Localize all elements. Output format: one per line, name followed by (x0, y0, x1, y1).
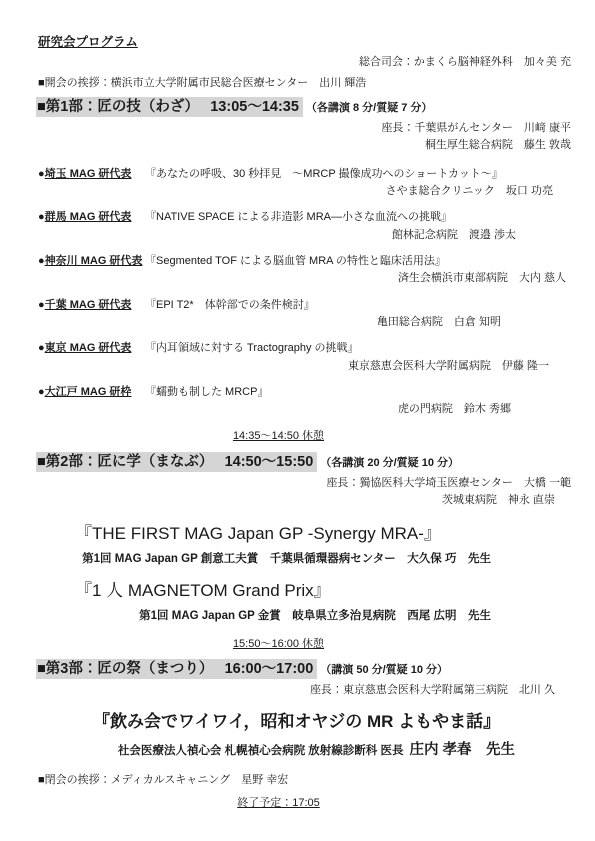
presenter-line: 館林記念病院 渡邉 渉太 (38, 228, 571, 242)
presentation-row: ●大江戸 MAG 研枠 『蠕動も制した MRCP』 (38, 385, 571, 399)
presenter-group-label: ●大江戸 MAG 研枠 (38, 385, 145, 399)
chair-line: 桐生厚生総合病院 藤生 敦哉 (38, 137, 571, 155)
presentation-row: ●群馬 MAG 研代表 『NATIVE SPACE による非造影 MRA―小さな… (38, 210, 571, 224)
chair-line: 座長：千葉県がんセンター 川﨑 康平 (38, 120, 571, 138)
part1-heading: ■第1部：匠の技（わざ） 13:05～14:35（各講演 8 分/質疑 7 分） (36, 98, 571, 117)
bullet-icon: ● (38, 255, 45, 267)
presenter-line: 東京慈恵会医科大学附属病院 伊藤 隆一 (38, 359, 571, 373)
presentation-item: ●大江戸 MAG 研枠 『蠕動も制した MRCP』 虎の門病院 鈴木 秀郷 (38, 385, 571, 417)
presenter-line: さやま総合クリニック 坂口 功亮 (38, 184, 571, 198)
presenter-group-label: ●千葉 MAG 研代表 (38, 298, 145, 312)
presenter-group-label: ●埼玉 MAG 研代表 (38, 167, 145, 181)
talk-title: 『1 人 MAGNETOM Grand Prix』 (75, 580, 571, 602)
speaker-name: 庄内 孝春 先生 (409, 742, 515, 758)
presentation-item: ●埼玉 MAG 研代表 『あなたの呼吸、30 秒拝見 ～MRCP 撮像成功へのシ… (38, 167, 571, 199)
presentation-row: ●千葉 MAG 研代表 『EPI T2* 体幹部での条件検討』 (38, 298, 571, 312)
chair-line: 座長：東京慈恵会医科大学附属第三病院 北川 久 (38, 682, 571, 700)
presentation-title: 『内耳領域に対する Tractography の挑戦』 (145, 341, 359, 355)
part2-heading-note: （各講演 20 分/質疑 10 分） (320, 457, 459, 469)
part1-presentation-list: ●埼玉 MAG 研代表 『あなたの呼吸、30 秒拝見 ～MRCP 撮像成功へのシ… (38, 167, 571, 417)
presentation-title: 『NATIVE SPACE による非造影 MRA―小さな血流への挑戦』 (145, 210, 452, 224)
speaker-line: 社会医療法人禎心会 札幌禎心会病院 放射線診断科 医長庄内 孝春 先生 (38, 741, 571, 760)
presenter-line: 亀田総合病院 白倉 知明 (38, 315, 571, 329)
presentation-title: 『あなたの呼吸、30 秒拝見 ～MRCP 撮像成功へのショートカット～』 (145, 167, 503, 181)
talk-credit: 第1回 MAG Japan GP 金賞 岐阜県立多治見病院 西尾 広明 先生 (38, 609, 571, 624)
bullet-icon: ● (38, 386, 45, 398)
talk-item: 『THE FIRST MAG Japan GP -Synergy MRA-』 第… (38, 523, 571, 567)
presentation-item: ●東京 MAG 研代表 『内耳領域に対する Tractography の挑戦』 … (38, 341, 571, 373)
presentation-item: ●神奈川 MAG 研代表 『Segmented TOF による脳血管 MRA の… (38, 254, 571, 286)
part1-chairs: 座長：千葉県がんセンター 川﨑 康平 桐生厚生総合病院 藤生 敦哉 (38, 120, 571, 155)
presenter-group-label: ●神奈川 MAG 研代表 (38, 254, 145, 268)
part1-heading-note: （各講演 8 分/質疑 7 分） (306, 102, 433, 114)
presentation-row: ●神奈川 MAG 研代表 『Segmented TOF による脳血管 MRA の… (38, 254, 571, 268)
part2-chairs: 座長：獨協医科大学埼玉医療センター 大橋 一範 茨城東病院 神永 直崇 (38, 475, 571, 510)
bullet-icon: ● (38, 211, 45, 223)
bullet-icon: ● (38, 299, 45, 311)
talk-title: 『飲み会でワイワイ，昭和オヤジの MR よもやま話』 (93, 711, 571, 733)
part3-heading-highlight: ■第3部：匠の祭（まつり） 16:00～17:00 (36, 659, 317, 679)
presentation-row: ●東京 MAG 研代表 『内耳領域に対する Tractography の挑戦』 (38, 341, 571, 355)
bullet-icon: ● (38, 168, 45, 180)
presentation-title: 『Segmented TOF による脳血管 MRA の特性と臨床活用法』 (145, 254, 446, 268)
part3-chairs: 座長：東京慈恵会医科大学附属第三病院 北川 久 (38, 682, 571, 700)
break-line: 15:50～16:00 休憩 (38, 637, 571, 651)
page-title: 研究会プログラム (38, 34, 571, 50)
end-time-line: 終了予定：17:05 (38, 796, 571, 810)
presentation-item: ●千葉 MAG 研代表 『EPI T2* 体幹部での条件検討』 亀田総合病院 白… (38, 298, 571, 330)
part3-heading: ■第3部：匠の祭（まつり） 16:00～17:00（講演 50 分/質疑 10 … (36, 660, 571, 679)
presenter-line: 済生会横浜市東部病院 大内 慈人 (38, 271, 571, 285)
chair-line: 座長：獨協医科大学埼玉医療センター 大橋 一範 (38, 475, 571, 493)
talk-item: 『1 人 MAGNETOM Grand Prix』 第1回 MAG Japan … (38, 580, 571, 624)
program-page: 研究会プログラム 総合司会：かまくら脳神経外科 加々美 充 ■開会の挨拶：横浜市… (0, 0, 595, 841)
presenter-line: 虎の門病院 鈴木 秀郷 (38, 402, 571, 416)
presentation-title: 『蠕動も制した MRCP』 (145, 385, 268, 399)
presentation-item: ●群馬 MAG 研代表 『NATIVE SPACE による非造影 MRA―小さな… (38, 210, 571, 242)
speaker-affiliation: 社会医療法人禎心会 札幌禎心会病院 放射線診断科 医長 (118, 745, 404, 757)
mc-line: 総合司会：かまくら脳神経外科 加々美 充 (38, 55, 571, 69)
presentation-row: ●埼玉 MAG 研代表 『あなたの呼吸、30 秒拝見 ～MRCP 撮像成功へのシ… (38, 167, 571, 181)
part2-heading: ■第2部：匠に学（まなぶ） 14:50～15:50（各講演 20 分/質疑 10… (36, 453, 571, 472)
presentation-title: 『EPI T2* 体幹部での条件検討』 (145, 298, 315, 312)
part1-heading-highlight: ■第1部：匠の技（わざ） 13:05～14:35 (36, 97, 303, 117)
talk-credit: 第1回 MAG Japan GP 創意工夫賞 千葉県循環器病センター 大久保 巧… (38, 552, 571, 567)
talk-title: 『THE FIRST MAG Japan GP -Synergy MRA-』 (75, 523, 571, 545)
part2-heading-highlight: ■第2部：匠に学（まなぶ） 14:50～15:50 (36, 452, 317, 472)
part3-heading-note: （講演 50 分/質疑 10 分） (320, 664, 448, 676)
presenter-group-label: ●東京 MAG 研代表 (38, 341, 145, 355)
bullet-icon: ● (38, 342, 45, 354)
opening-remarks-line: ■開会の挨拶：横浜市立大学附属市民総合医療センター 出川 輝浩 (38, 76, 571, 90)
chair-line: 茨城東病院 神永 直崇 (38, 492, 571, 510)
closing-remarks-line: ■閉会の挨拶：メディカルスキャニング 星野 幸宏 (38, 773, 571, 787)
presenter-group-label: ●群馬 MAG 研代表 (38, 210, 145, 224)
break-line: 14:35～14:50 休憩 (38, 429, 571, 443)
